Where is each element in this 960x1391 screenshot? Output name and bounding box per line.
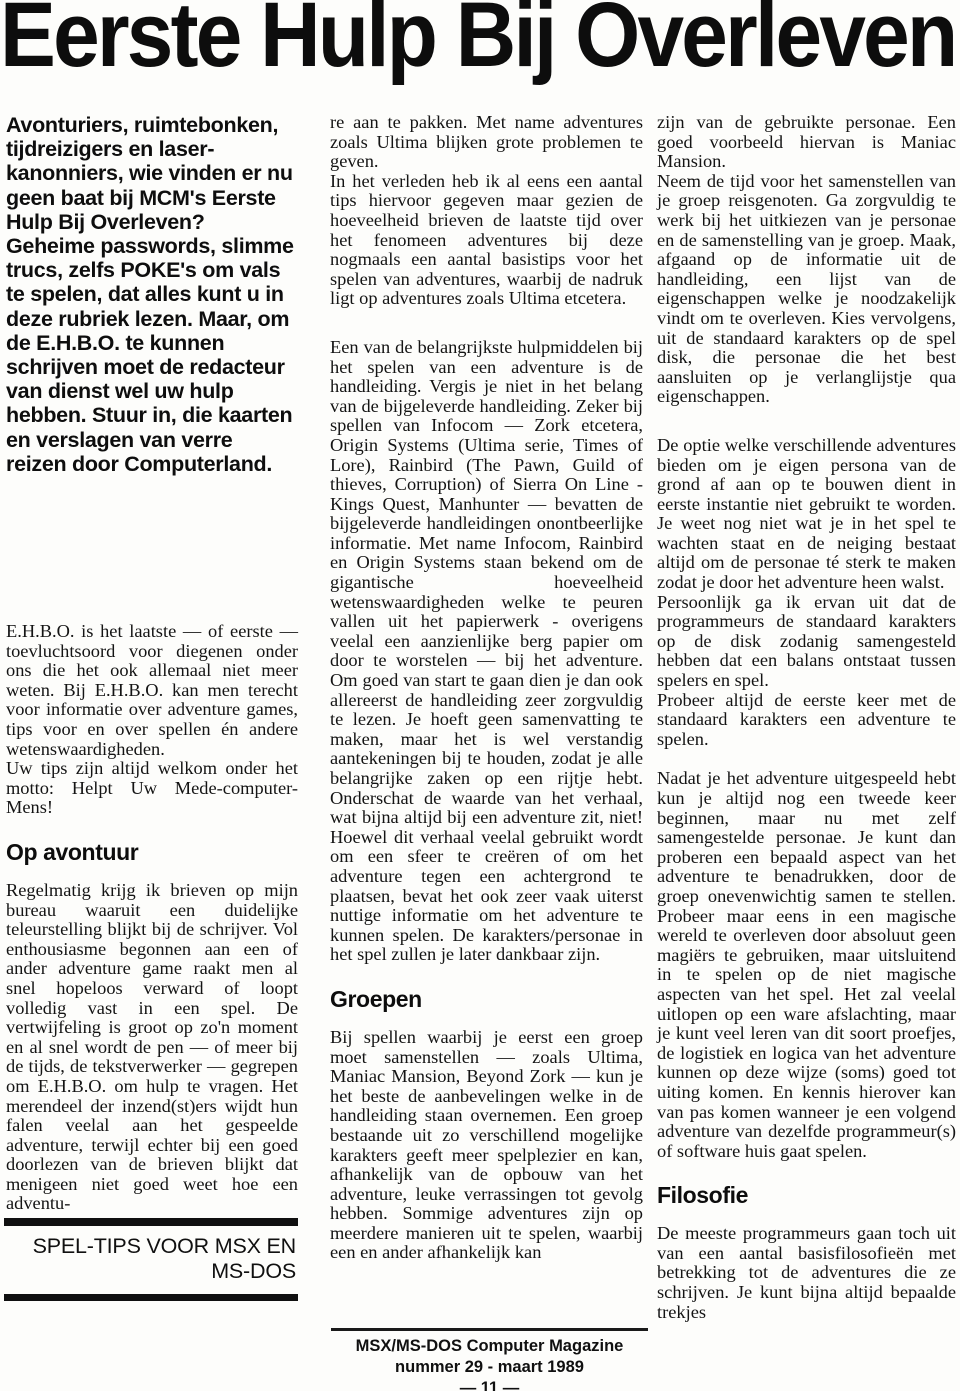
eigen-persona-paragraph: De optie welke verschillende adventures … — [657, 436, 956, 593]
personae-paragraph: zijn van de gebruikte personae. Een goed… — [657, 113, 956, 172]
op-avontuur-paragraph: Regelmatig krijg ik brieven op mijn bure… — [6, 881, 298, 1214]
reisgenoten-paragraph: Neem de tijd voor het samenstellen van j… — [657, 172, 956, 407]
tweede-keer-paragraph: Nadat je het adventure uitgespeeld hebt … — [657, 769, 956, 1161]
tips-welcome-paragraph: Uw tips zijn altijd welkom onder het mot… — [6, 759, 298, 818]
filosofie-paragraph: De meeste programmeurs gaan toch uit van… — [657, 1224, 956, 1322]
spel-tips-banner: SPEL-TIPS VOOR MSX EN MS-DOS — [4, 1218, 298, 1301]
middle-column: re aan te pakken. Met name adventures zo… — [330, 113, 643, 1263]
basistips-paragraph: In het verleden heb ik al eens een aanta… — [330, 172, 643, 309]
right-column: zijn van de gebruikte personae. Een goed… — [657, 113, 956, 1322]
lede-text: Avonturiers, ruimtebonken, tijdreizigers… — [6, 113, 298, 476]
left-column: Avonturiers, ruimtebonken, tijdreizigers… — [6, 113, 298, 1214]
section-heading-filosofie: Filosofie — [657, 1182, 956, 1208]
groepen-paragraph: Bij spellen waarbij je eerst een groep m… — [330, 1028, 643, 1263]
spel-tips-label: SPEL-TIPS VOOR MSX EN MS-DOS — [33, 1234, 296, 1283]
continuation-paragraph: re aan te pakken. Met name adventures zo… — [330, 113, 643, 172]
ehbo-paragraph: E.H.B.O. is het laatste — of eerste — to… — [6, 622, 298, 759]
page-footer: MSX/MS-DOS Computer Magazine nummer 29 -… — [331, 1328, 648, 1391]
standaard-karakters-paragraph: Probeer altijd de eerste keer met de sta… — [657, 691, 956, 750]
section-heading-groepen: Groepen — [330, 986, 643, 1012]
handleiding-paragraph: Een van de belangrijkste hulpmiddelen bi… — [330, 338, 643, 965]
page-title: Eerste Hulp Bij Overleven — [0, 0, 955, 81]
footer-magazine-name: MSX/MS-DOS Computer Magazine — [331, 1336, 648, 1357]
footer-issue-date: nummer 29 - maart 1989 — [331, 1357, 648, 1378]
section-heading-op-avontuur: Op avontuur — [6, 839, 298, 865]
footer-page-number: — 11 — — [331, 1378, 648, 1391]
balans-paragraph: Persoonlijk ga ik ervan uit dat de progr… — [657, 593, 956, 691]
